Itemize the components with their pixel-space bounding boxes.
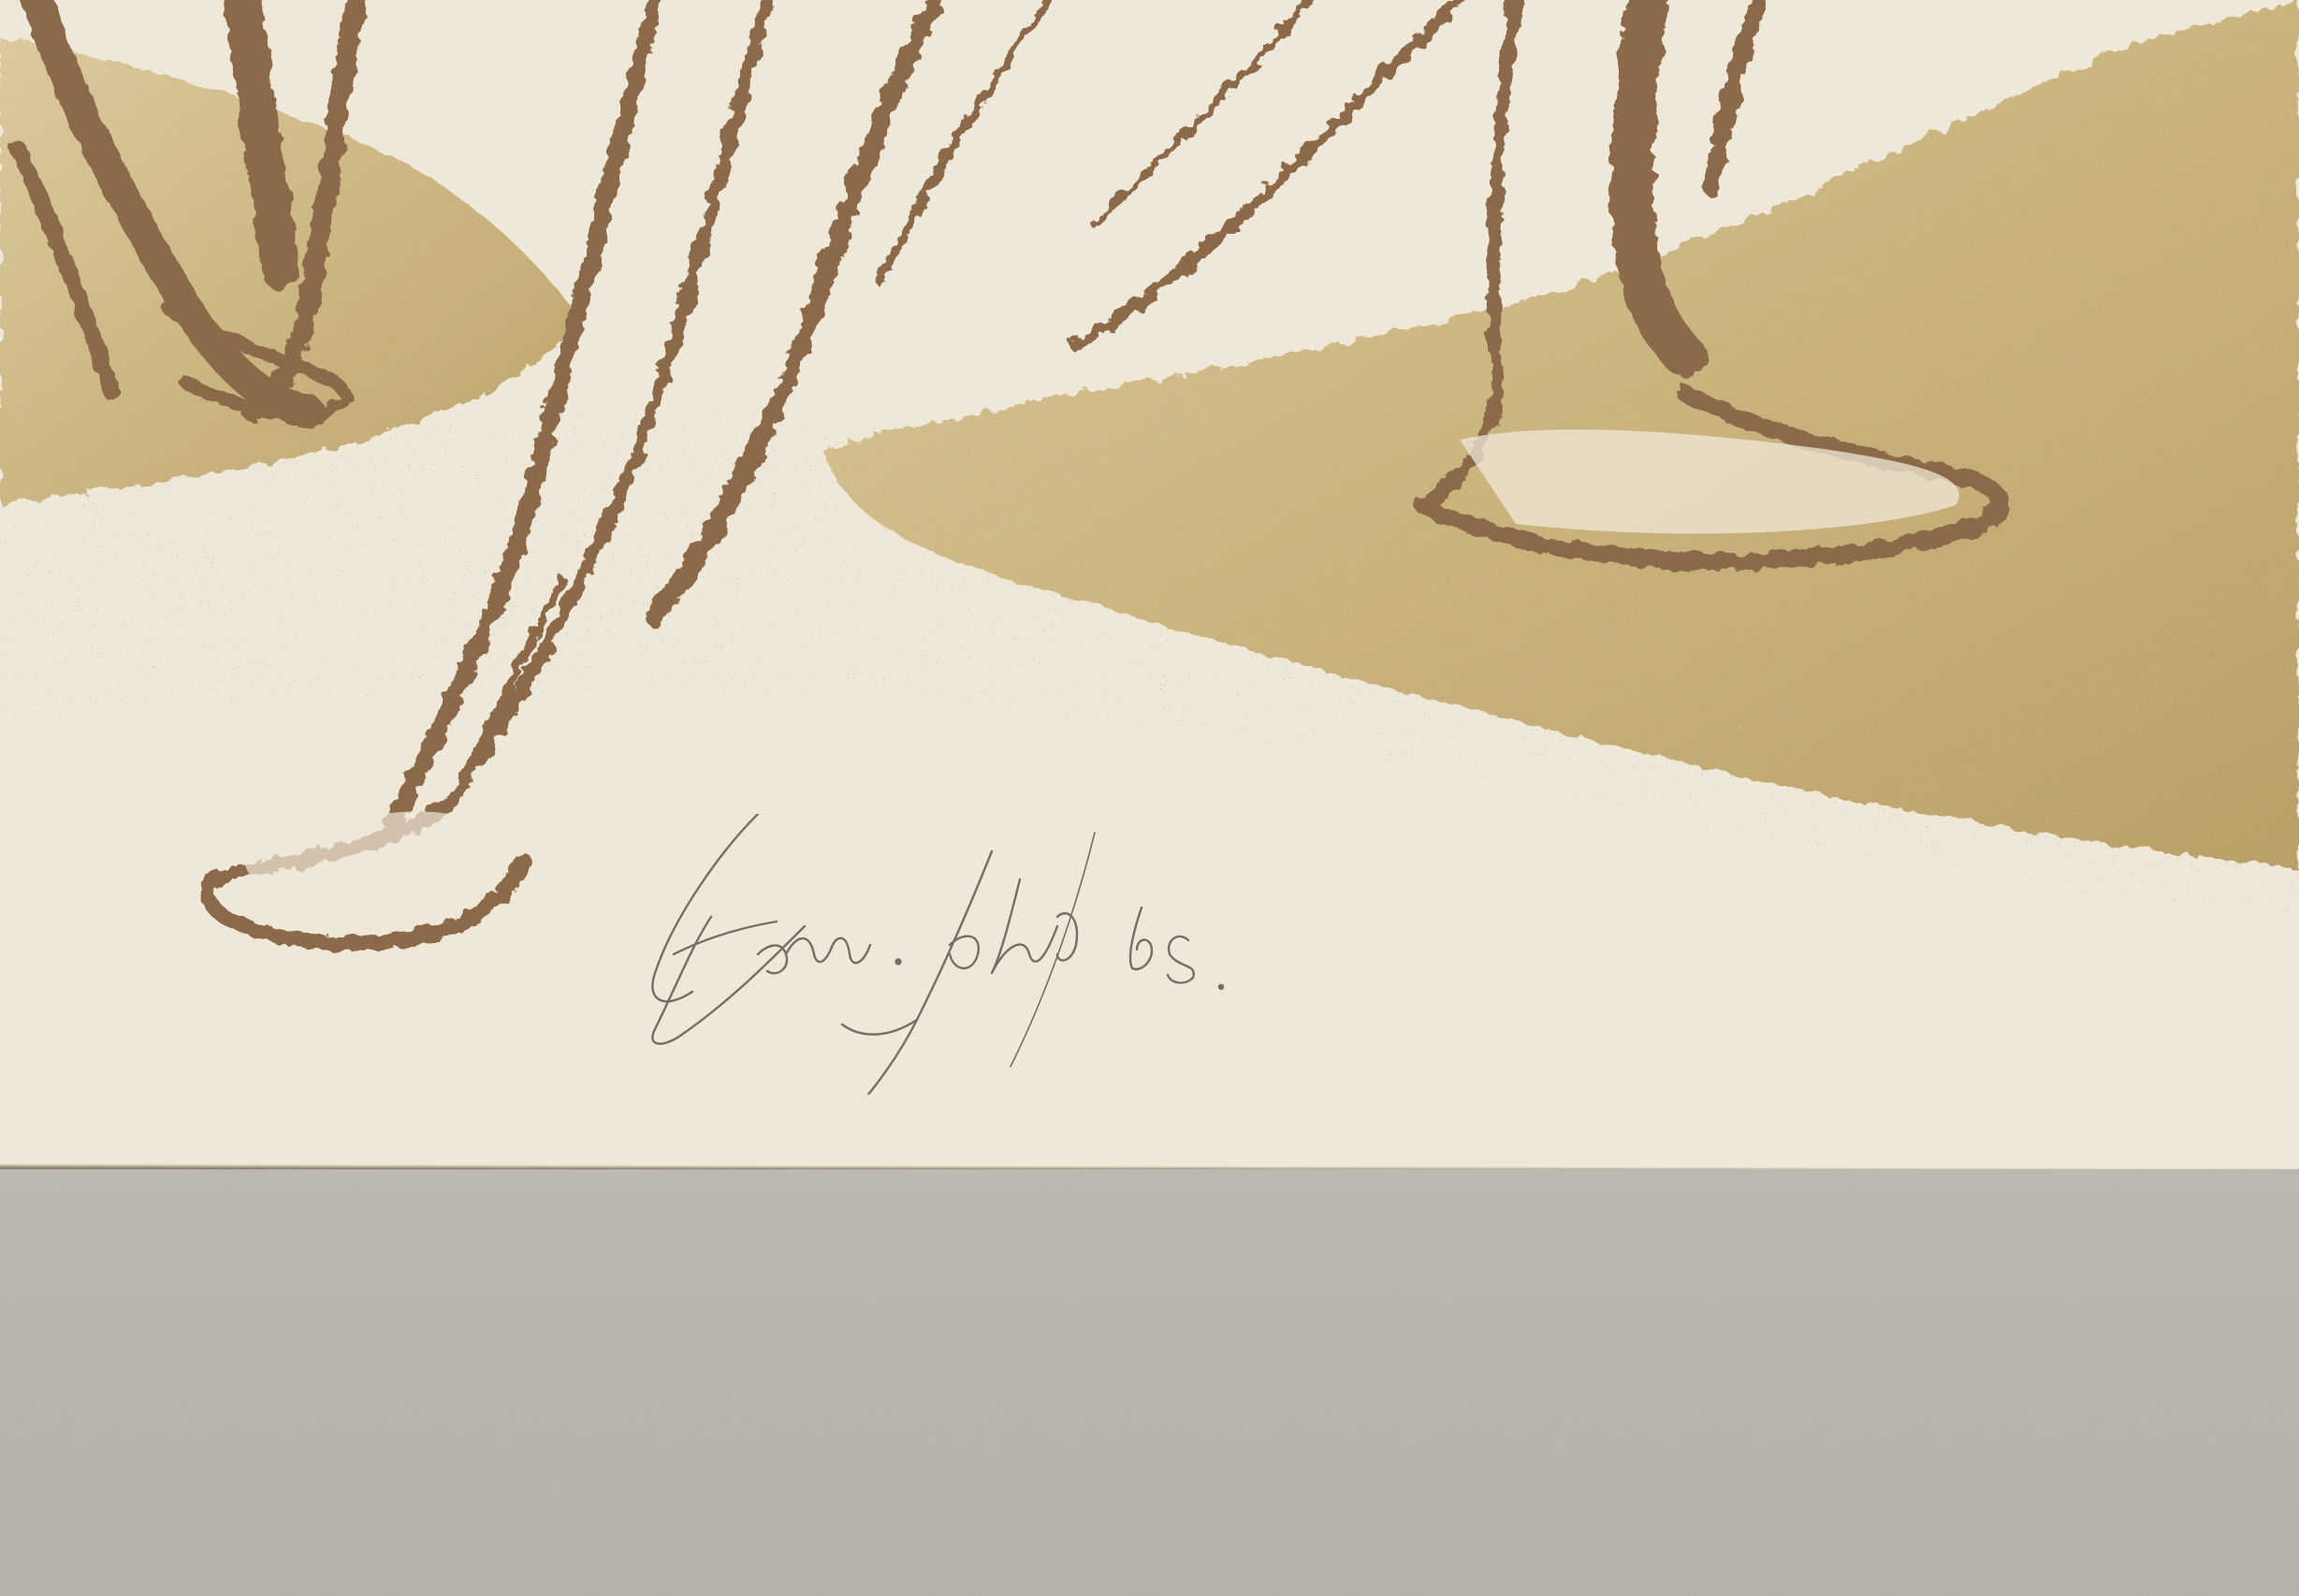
print-paper: Hans John 65 xyxy=(0,0,2299,1169)
mount-texture xyxy=(0,1169,2299,1596)
gray-mount-board xyxy=(0,1169,2299,1596)
pencil-signature: Hans John 65 xyxy=(618,814,1385,1095)
